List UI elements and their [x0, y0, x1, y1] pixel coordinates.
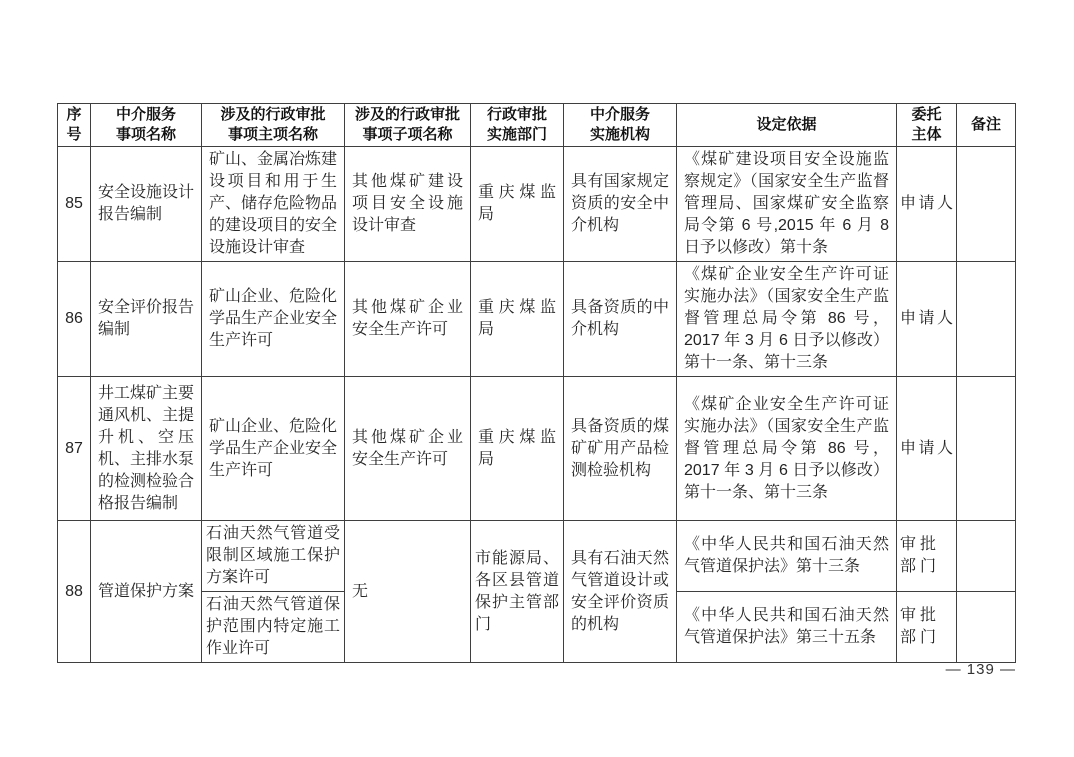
row86-legal-basis: 《煤矿企业安全生产许可证实施办法》（国家安全生产监督管理总局令第 86 号，20…: [677, 262, 897, 377]
row87-service-name: 井工煤矿主要通风机、主提升机、空压机、主排水泵的检测检验合格报告编制: [91, 377, 202, 521]
row86-sub-item: 其他煤矿企业安全生产许可: [345, 262, 471, 377]
row88-approval-department: 市能源局、各区县管道保护主管部门: [471, 521, 564, 663]
table-header-row: 序 号 中介服务 事项名称 涉及的行政审批 事项主项名称 涉及的行政审批 事项子…: [58, 104, 1016, 147]
header-main-item: 涉及的行政审批 事项主项名称: [202, 104, 345, 147]
row85-main-item: 矿山、金属冶炼建设项目和用于生产、储存危险物品的建设项目的安全设施设计审查: [202, 147, 345, 262]
row88-seq: 88: [58, 521, 91, 663]
header-service-name: 中介服务 事项名称: [91, 104, 202, 147]
row86-entrusting-party: 申请人: [897, 262, 957, 377]
document-page: 序 号 中介服务 事项名称 涉及的行政审批 事项主项名称 涉及的行政审批 事项子…: [0, 0, 1074, 757]
row86-approval-department: 重庆煤监局: [471, 262, 564, 377]
row88-entrusting-party-1: 审批 部门: [897, 521, 957, 592]
row86-seq: 86: [58, 262, 91, 377]
row85-service-agency: 具有国家规定资质的安全中介机构: [564, 147, 677, 262]
row87-main-item: 矿山企业、危险化学品生产企业安全生产许可: [202, 377, 345, 521]
row88-remarks-2: [957, 592, 1016, 663]
header-sub-item: 涉及的行政审批 事项子项名称: [345, 104, 471, 147]
table-row-86: 86 安全评价报告编制 矿山企业、危险化学品生产企业安全生产许可 其他煤矿企业安…: [58, 262, 1016, 377]
row86-service-agency: 具备资质的中介机构: [564, 262, 677, 377]
row85-sub-item: 其他煤矿建设项目安全设施设计审查: [345, 147, 471, 262]
row88-main-item-2: 石油天然气管道保护范围内特定施工作业许可: [202, 592, 345, 663]
table-row-87: 87 井工煤矿主要通风机、主提升机、空压机、主排水泵的检测检验合格报告编制 矿山…: [58, 377, 1016, 521]
table-row-88-sub1: 88 管道保护方案 石油天然气管道受限制区域施工保护方案许可 无 市能源局、各区…: [58, 521, 1016, 592]
header-legal-basis: 设定依据: [677, 104, 897, 147]
header-seq: 序 号: [58, 104, 91, 147]
intermediary-services-table: 序 号 中介服务 事项名称 涉及的行政审批 事项主项名称 涉及的行政审批 事项子…: [57, 103, 1016, 663]
row85-approval-department: 重庆煤监局: [471, 147, 564, 262]
row87-approval-department: 重庆煤监局: [471, 377, 564, 521]
header-approval-department: 行政审批 实施部门: [471, 104, 564, 147]
row85-legal-basis: 《煤矿建设项目安全设施监察规定》（国家安全生产监督管理局、国家煤矿安全监察局令第…: [677, 147, 897, 262]
row87-entrusting-party: 申请人: [897, 377, 957, 521]
row88-service-agency: 具有石油天然气管道设计或安全评价资质的机构: [564, 521, 677, 663]
row88-sub-item: 无: [345, 521, 471, 663]
row85-seq: 85: [58, 147, 91, 262]
row88-service-name: 管道保护方案: [91, 521, 202, 663]
header-service-agency: 中介服务 实施机构: [564, 104, 677, 147]
row86-service-name: 安全评价报告编制: [91, 262, 202, 377]
row87-remarks: [957, 377, 1016, 521]
row88-main-item-1: 石油天然气管道受限制区域施工保护方案许可: [202, 521, 345, 592]
row88-remarks-1: [957, 521, 1016, 592]
header-remarks: 备注: [957, 104, 1016, 147]
table-row-85: 85 安全设施设计报告编制 矿山、金属冶炼建设项目和用于生产、储存危险物品的建设…: [58, 147, 1016, 262]
row88-legal-basis-2: 《中华人民共和国石油天然气管道保护法》第三十五条: [677, 592, 897, 663]
header-entrusting-party: 委托 主体: [897, 104, 957, 147]
row85-remarks: [957, 147, 1016, 262]
row86-main-item: 矿山企业、危险化学品生产企业安全生产许可: [202, 262, 345, 377]
row88-entrusting-party-2: 审批 部门: [897, 592, 957, 663]
row86-remarks: [957, 262, 1016, 377]
row87-sub-item: 其他煤矿企业安全生产许可: [345, 377, 471, 521]
row87-service-agency: 具备资质的煤矿矿用产品检测检验机构: [564, 377, 677, 521]
row85-service-name: 安全设施设计报告编制: [91, 147, 202, 262]
row88-legal-basis-1: 《中华人民共和国石油天然气管道保护法》第十三条: [677, 521, 897, 592]
row85-entrusting-party: 申请人: [897, 147, 957, 262]
page-number: — 139 —: [946, 661, 1016, 678]
row87-seq: 87: [58, 377, 91, 521]
row87-legal-basis: 《煤矿企业安全生产许可证实施办法》（国家安全生产监督管理总局令第 86 号，20…: [677, 377, 897, 521]
